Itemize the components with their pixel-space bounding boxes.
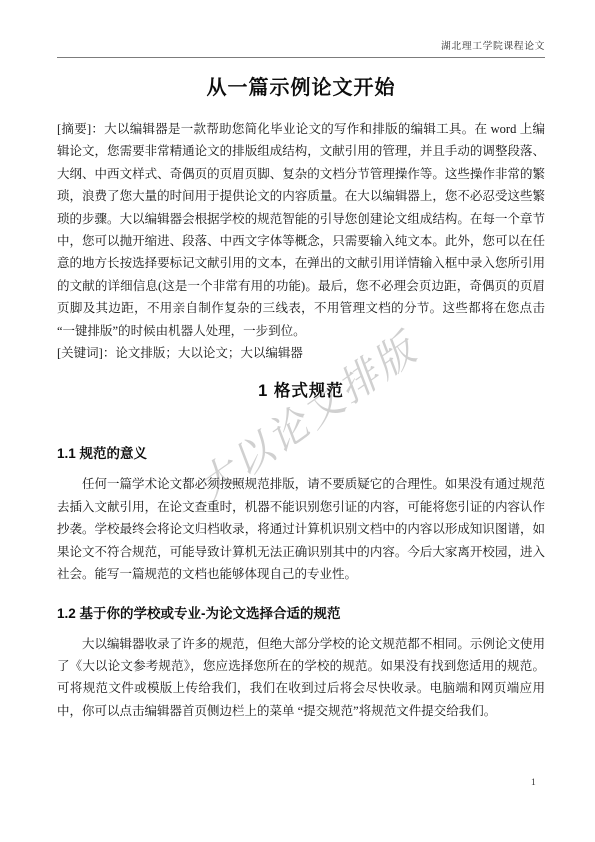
document-page: 湖北理工学院课程论文 大以论文排版 从一篇示例论文开始 [摘要]：大以编辑器是一… [0,0,595,842]
keywords-paragraph: [关键词]：论文排版；大以论文；大以编辑器 [57,342,545,364]
abstract-paragraph: [摘要]：大以编辑器是一款帮助您简化毕业论文的写作和排版的编辑工具。在 word… [57,118,545,342]
keywords-text: 论文排版；大以论文；大以编辑器 [115,346,303,360]
abstract-text: 大以编辑器是一款帮助您简化毕业论文的写作和排版的编辑工具。在 word 上编辑论… [57,122,545,338]
document-content: 从一篇示例论文开始 [摘要]：大以编辑器是一款帮助您简化毕业论文的写作和排版的编… [0,0,595,722]
subsection-heading-1-2: 1.2 基于你的学校或专业-为论文选择合适的规范 [57,604,545,624]
section-heading-1: 1 格式规范 [57,380,545,402]
document-title: 从一篇示例论文开始 [57,74,545,102]
keywords-label: [关键词]： [57,346,115,360]
abstract-label: [摘要]： [57,122,104,136]
page-number: 1 [531,778,536,788]
subsection-body-1-2: 大以编辑器收录了许多的规范，但绝大部分学校的论文规范都不相同。示例论文使用了《大… [57,633,545,723]
subsection-body-1-1: 任何一篇学术论文都必须按照规范排版，请不要质疑它的合理性。如果没有通过规范去插入… [57,473,545,585]
subsection-heading-1-1: 1.1 规范的意义 [57,444,545,464]
